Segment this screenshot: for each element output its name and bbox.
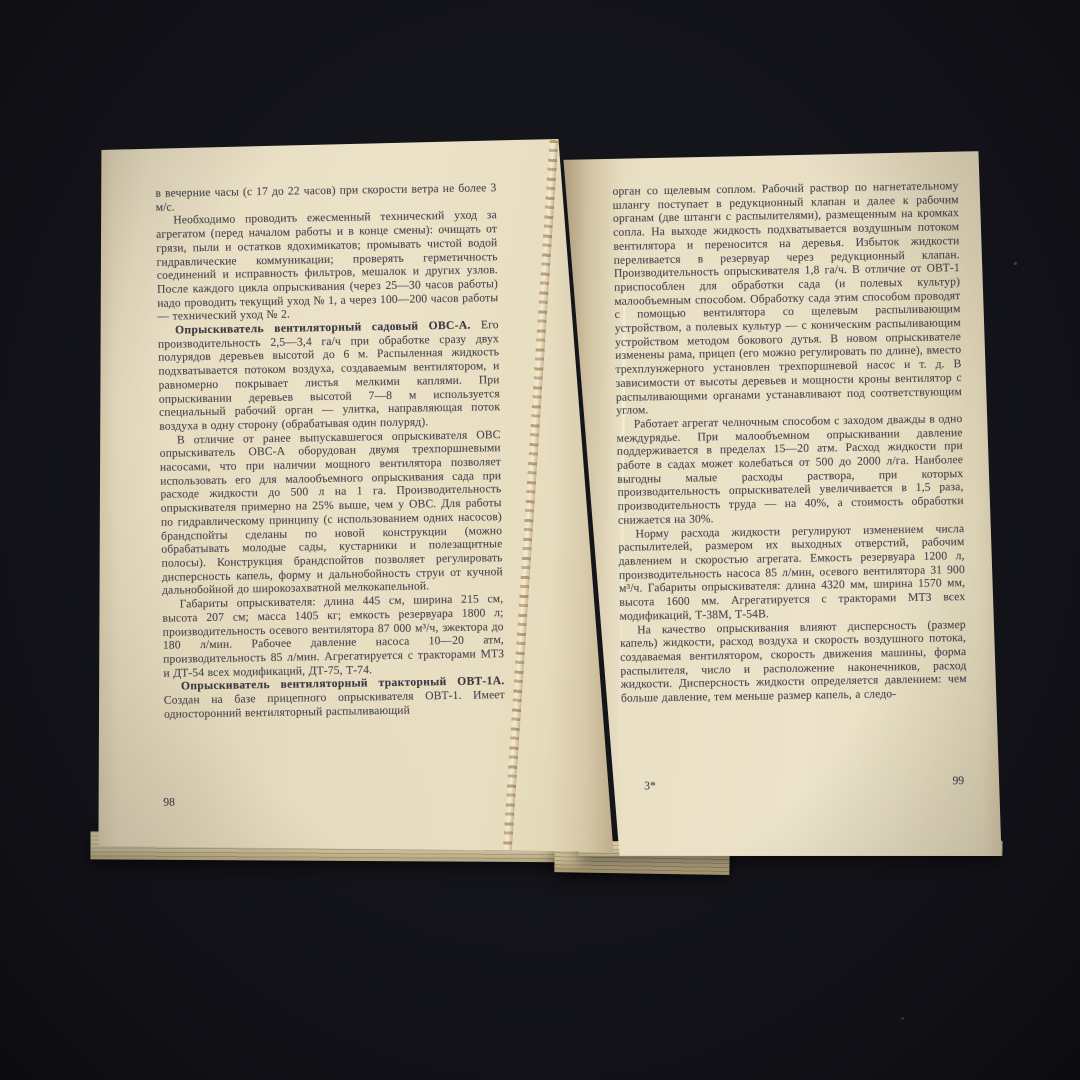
open-book: в вечерние часы (с 17 до 22 часов) при с…	[83, 128, 1011, 892]
paragraph: Необходимо проводить ежесменный техничес…	[156, 209, 499, 324]
left-page: в вечерние часы (с 17 до 22 часов) при с…	[88, 138, 623, 858]
paragraph: орган со щелевым соплом. Рабочий раствор…	[612, 179, 962, 418]
right-page-footer: 3* 99	[618, 774, 964, 793]
fabric-lint-specks	[1014, 262, 1017, 265]
paragraph: В отличие от ранее выпускавшегося опрыск…	[159, 428, 503, 598]
right-page-text: орган со щелевым соплом. Рабочий раствор…	[612, 179, 967, 705]
paragraph: Опрыскиватель вентиляторный садовый ОВС-…	[158, 318, 501, 433]
paragraph: Габариты опрыскивателя: длина 445 см, ши…	[162, 592, 504, 680]
paragraph: Работает агрегат челночным способом с за…	[616, 412, 964, 527]
left-page-number: 98	[163, 796, 175, 809]
paragraph: На качество опрыскивания влияют дисперсн…	[620, 618, 967, 706]
paragraph: Опрыскиватель вентиляторный тракторный О…	[164, 674, 506, 721]
signature-mark: 3*	[644, 779, 656, 792]
right-page-number: 99	[952, 774, 964, 787]
photo-background: в вечерние часы (с 17 до 22 часов) при с…	[0, 0, 1080, 1080]
right-page: орган со щелевым соплом. Рабочий раствор…	[561, 146, 1004, 864]
paragraph: Норму расхода жидкости регулируют измене…	[618, 522, 966, 624]
left-page-text: в вечерние часы (с 17 до 22 часов) при с…	[155, 181, 505, 721]
binding-torn-edge	[503, 140, 559, 853]
